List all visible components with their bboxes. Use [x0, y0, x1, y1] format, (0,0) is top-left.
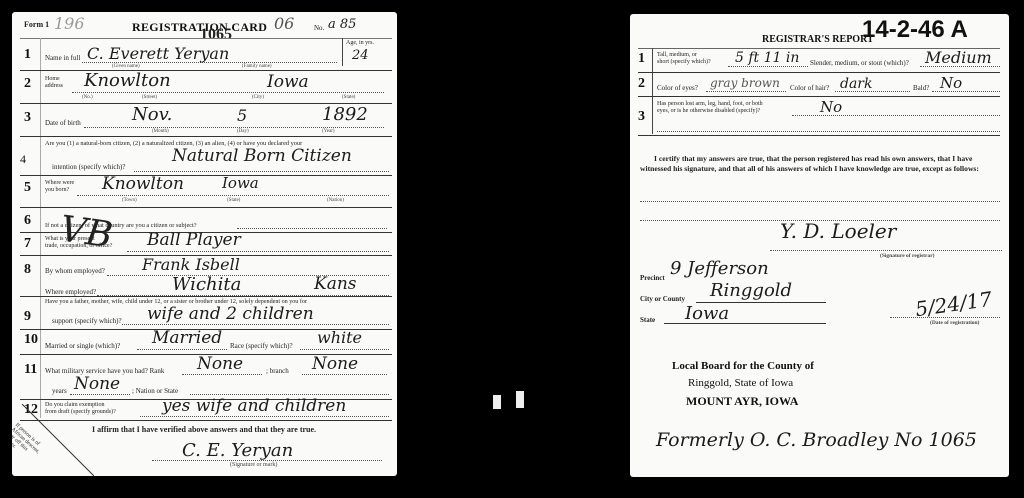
- citizenship-value: Natural Born Citizen: [172, 146, 352, 166]
- signature-label: (Signature or mark): [230, 462, 277, 468]
- birth-town-value: Knowlton: [102, 174, 184, 194]
- divider: [20, 136, 392, 137]
- dotted-line: [137, 349, 227, 350]
- precinct-value: 9 Jefferson: [670, 258, 769, 279]
- height-value: 5 ft 11 in: [735, 50, 799, 66]
- scan-speck: [493, 395, 501, 409]
- row-number: 4: [20, 152, 26, 167]
- sub-label: (Street): [142, 95, 157, 100]
- address-label: Home: [45, 76, 60, 82]
- number-column-rule: [40, 38, 41, 418]
- sub-label: (State): [342, 95, 355, 100]
- hair-color-label: Color of hair?: [790, 84, 829, 92]
- occupation-value: Ball Player: [147, 230, 241, 250]
- eye-color-label: Color of eyes?: [657, 84, 698, 92]
- registration-card-front: Form 1 196 REGISTRATION CARD 1065 06 No.…: [12, 12, 397, 476]
- sub-label: (Year): [322, 129, 335, 134]
- registrar-signature: Y. D. Loeler: [780, 219, 896, 243]
- employer-value: Frank Isbell: [142, 255, 240, 274]
- precinct-label: Precinct: [640, 274, 665, 282]
- marital-value: Married: [152, 328, 222, 348]
- employer-label: By whom employed?: [45, 267, 105, 275]
- military-years-label: years: [52, 387, 67, 395]
- build-value: Medium: [925, 48, 992, 67]
- employment-place-label: Where employed?: [45, 288, 96, 296]
- divider: [638, 72, 1000, 73]
- height-label: short (specify which)?: [657, 59, 711, 65]
- sub-label: (Month): [152, 129, 169, 134]
- dependents-value: wife and 2 children: [147, 304, 314, 324]
- military-branch-label: ; branch: [266, 367, 289, 375]
- form-hand-number: 196: [54, 14, 85, 33]
- form-label: Form 1: [24, 20, 49, 29]
- marital-label: Married or single (which)?: [45, 342, 120, 350]
- sub-label: (State): [227, 198, 240, 203]
- dotted-line: [728, 66, 808, 67]
- row-number: 5: [24, 180, 31, 196]
- dob-year-value: 1892: [322, 104, 368, 125]
- dotted-line: [706, 91, 786, 92]
- race-value: white: [317, 328, 362, 347]
- board-stamp-line: Local Board for the County of: [672, 360, 814, 372]
- registrar-signature-label: (Signature of registrar): [880, 253, 934, 259]
- board-stamp-line: MOUNT AYR, IOWA: [686, 394, 798, 409]
- dotted-line: [127, 251, 389, 252]
- employment-state-value: Kans: [314, 274, 357, 294]
- bald-label: Bald?: [913, 84, 929, 92]
- sub-label: (Given name): [112, 64, 140, 69]
- dotted-line: [72, 92, 384, 93]
- dotted-line: [77, 195, 389, 196]
- dotted-line: [70, 394, 130, 395]
- dependents-label: support (specify which)?: [52, 317, 122, 325]
- dotted-line: [84, 127, 384, 128]
- divider: [20, 175, 392, 176]
- age-label: Age, in yrs.: [346, 40, 374, 46]
- state-value: Iowa: [685, 303, 729, 324]
- birthplace-label: you born?: [45, 187, 69, 193]
- sub-label: (No.): [82, 95, 93, 100]
- height-label: Tall, medium, or: [657, 52, 697, 58]
- corner-tear-note: If person is of African descent, tear of…: [12, 404, 94, 476]
- employment-city-value: Wichita: [172, 274, 241, 295]
- row-number: 3: [638, 109, 645, 125]
- dotted-line: [190, 394, 389, 395]
- sub-label: (Town): [122, 198, 137, 203]
- board-stamp-line: Ringgold, State of Iowa: [688, 377, 793, 389]
- name-label: Name in full: [45, 54, 80, 62]
- margin-mark: VB: [57, 209, 115, 257]
- dotted-line: [302, 374, 387, 375]
- city-county-label: City or County: [640, 295, 685, 303]
- row-number: 10: [24, 332, 38, 348]
- row-number: 7: [24, 236, 31, 252]
- sub-label: (Nation): [327, 198, 344, 203]
- citizenship-label: intention (specify which)?: [52, 163, 125, 171]
- registration-card-back: REGISTRAR'S REPORT 14-2-46 A 1 Tall, med…: [630, 14, 1009, 477]
- age-value: 24: [352, 48, 369, 63]
- military-branch-value: None: [312, 354, 358, 374]
- address-label: address: [45, 83, 63, 89]
- sub-label: (Family name): [242, 64, 272, 69]
- dotted-line: [640, 201, 1000, 202]
- registration-date-label: (Date of registration): [930, 320, 979, 326]
- row-number: 2: [24, 76, 31, 92]
- row-number: 11: [24, 362, 37, 378]
- military-years-value: None: [74, 374, 120, 394]
- disability-label: eyes, or is he otherwise disabled (speci…: [657, 108, 760, 114]
- divider: [20, 38, 392, 39]
- divider: [638, 96, 1000, 97]
- affirmation-text: I affirm that I have verified above answ…: [92, 425, 316, 434]
- address-state-value: Iowa: [267, 72, 309, 92]
- dotted-line: [237, 228, 387, 229]
- age-column-rule: [342, 38, 343, 66]
- eye-color-value: gray brown: [710, 76, 780, 90]
- disability-label: Has person lost arm, leg, hand, foot, or…: [657, 101, 763, 107]
- bald-value: No: [940, 74, 962, 92]
- dob-label: Date of birth: [45, 119, 81, 127]
- divider: [20, 207, 392, 208]
- row-number: 6: [24, 213, 31, 229]
- race-label: Race (specify which)?: [230, 342, 293, 350]
- birthplace-label: Where were: [45, 180, 74, 186]
- dob-day-value: 5: [237, 106, 247, 125]
- row-number: 1: [24, 47, 31, 63]
- row-number: 2: [638, 76, 645, 92]
- name-value: C. Everett Yeryan: [87, 44, 229, 63]
- row-number: 9: [24, 309, 31, 325]
- dotted-line: [134, 171, 389, 172]
- number-column-rule: [652, 48, 653, 134]
- state-label: State: [640, 316, 655, 324]
- divider: [638, 135, 1000, 136]
- dob-month-value: Nov.: [132, 104, 172, 125]
- footer-note: Formerly O. C. Broadley No 1065: [656, 429, 977, 451]
- stamped-number: 1065: [200, 26, 232, 44]
- city-county-value: Ringgold: [710, 280, 792, 301]
- address-city-value: Knowlton: [84, 70, 171, 91]
- military-rank-value: None: [197, 354, 243, 374]
- sub-label: (City): [252, 95, 264, 100]
- report-title: REGISTRAR'S REPORT: [762, 34, 874, 45]
- divider: [20, 296, 392, 297]
- serial-hand: 06: [274, 14, 294, 33]
- registrant-signature: C. E. Yeryan: [182, 440, 293, 461]
- disability-value: No: [820, 98, 842, 116]
- certification-text: I certify that my answers are true, that…: [640, 154, 1002, 174]
- birth-state-value: Iowa: [222, 174, 259, 192]
- dotted-line: [182, 374, 262, 375]
- row-number: 3: [24, 110, 31, 126]
- row-number: 1: [638, 51, 645, 67]
- hair-color-value: dark: [840, 76, 872, 92]
- row-number: 8: [24, 262, 31, 278]
- no-label: No.: [314, 24, 324, 32]
- divider: [20, 70, 392, 71]
- scan-speck: [516, 391, 524, 408]
- dotted-line: [122, 324, 389, 325]
- exemption-value: yes wife and children: [162, 396, 346, 416]
- sub-label: (Day): [237, 129, 249, 134]
- no-value: a 85: [328, 17, 356, 32]
- dotted-line: [140, 416, 389, 417]
- military-nation-label: ; Nation or State: [132, 387, 178, 395]
- dotted-line: [300, 349, 389, 350]
- stamped-code: 14-2-46 A: [862, 16, 968, 44]
- build-label: Slender, medium, or stout (which)?: [810, 59, 909, 67]
- registrar-signature-line: [770, 250, 1002, 251]
- dotted-line: [657, 131, 1000, 132]
